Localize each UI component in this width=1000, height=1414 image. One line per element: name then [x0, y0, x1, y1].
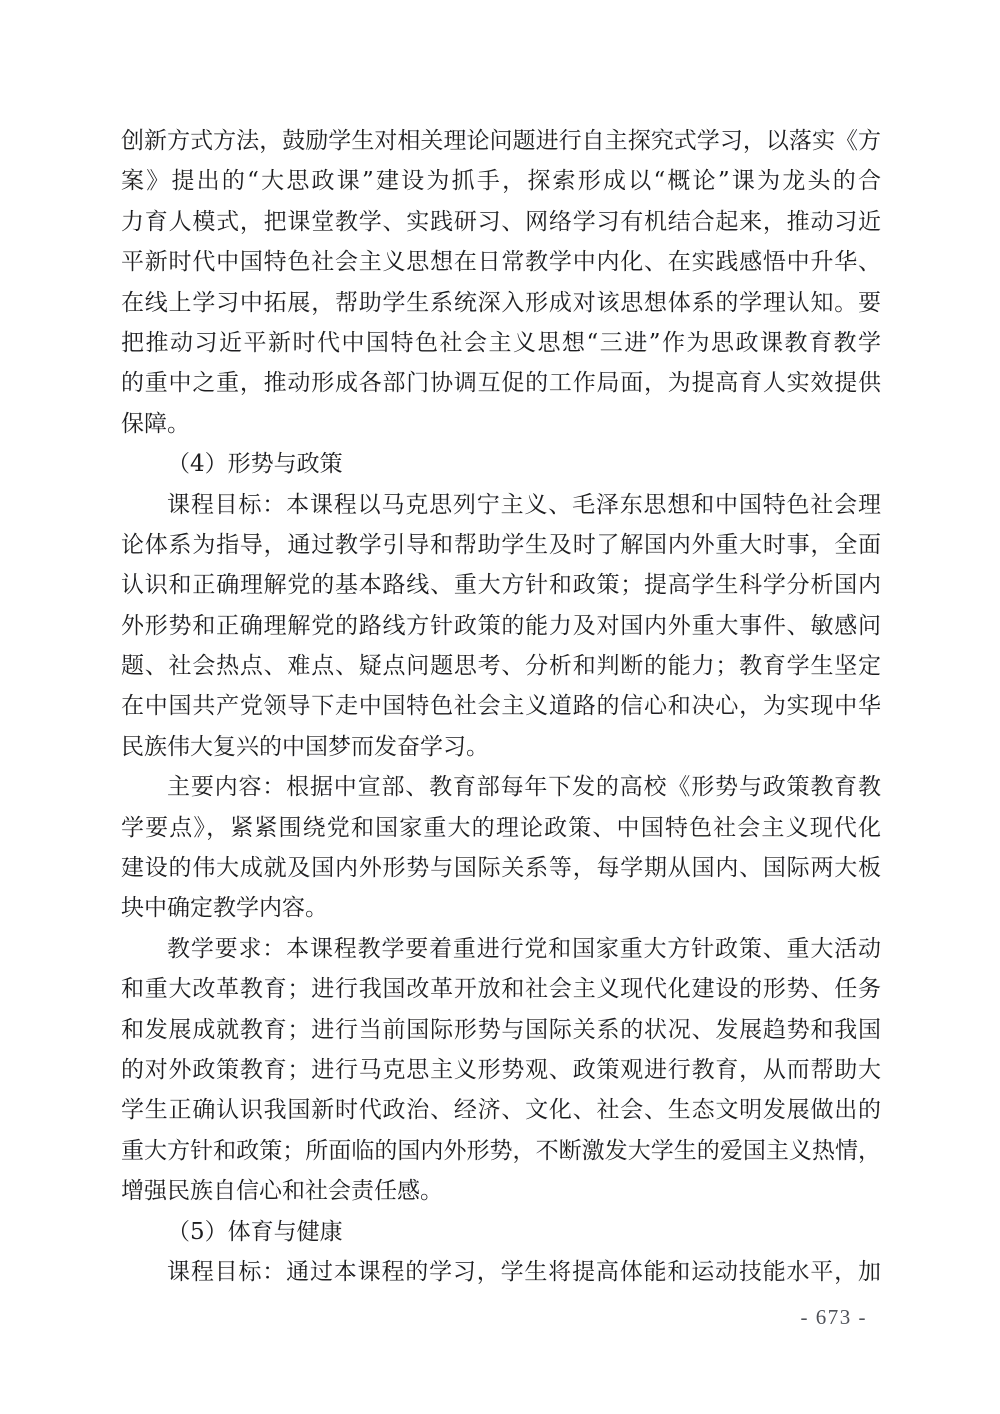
text-line: 增强民族自信心和社会责任感。: [121, 1171, 881, 1211]
paragraph: 课程目标：本课程以马克思列宁主义、毛泽东思想和中国特色社会理 论体系为指导，通过…: [121, 485, 881, 768]
paragraph: 教学要求：本课程教学要着重进行党和国家重大方针政策、重大活动 和重大改革教育；进…: [121, 929, 881, 1212]
paragraph: 主要内容：根据中宣部、教育部每年下发的高校《形势与政策教育教 学要点》，紧紧围绕…: [121, 767, 881, 929]
text-line: 学要点》，紧紧围绕党和国家重大的理论政策、中国特色社会主义现代化: [121, 808, 881, 848]
text-line: 力育人模式，把课堂教学、实践研习、网络学习有机结合起来，推动习近: [121, 202, 881, 242]
text-line: 块中确定教学内容。: [121, 888, 881, 928]
text-line: 建设的伟大成就及国内外形势与国际关系等，每学期从国内、国际两大板: [121, 848, 881, 888]
section-heading: （4）形势与政策: [121, 444, 881, 484]
text-line: 在中国共产党领导下走中国特色社会主义道路的信心和决心，为实现中华: [121, 686, 881, 726]
text-line: 论体系为指导，通过教学引导和帮助学生及时了解国内外重大时事，全面: [121, 525, 881, 565]
text-line: 平新时代中国特色社会主义思想在日常教学中内化、在实践感悟中升华、: [121, 242, 881, 282]
text-line: 和重大改革教育；进行我国改革开放和社会主义现代化建设的形势、任务: [121, 969, 881, 1009]
text-line: 教学要求：本课程教学要着重进行党和国家重大方针政策、重大活动: [121, 929, 881, 969]
paragraph-heading: （4）形势与政策: [121, 444, 881, 484]
paragraph: 课程目标：通过本课程的学习，学生将提高体能和运动技能水平，加: [121, 1252, 881, 1292]
text-line: 的对外政策教育；进行马克思主义形势观、政策观进行教育，从而帮助大: [121, 1050, 881, 1090]
text-line: 主要内容：根据中宣部、教育部每年下发的高校《形势与政策教育教: [121, 767, 881, 807]
document-page: 创新方式方法，鼓励学生对相关理论问题进行自主探究式学习，以落实《方 案》提出的“…: [0, 0, 1000, 1414]
text-line: 把推动习近平新时代中国特色社会主义思想“三进”作为思政课教育教学: [121, 323, 881, 363]
text-line: 的重中之重，推动形成各部门协调互促的工作局面，为提高育人实效提供: [121, 363, 881, 403]
text-line: 和发展成就教育；进行当前国际形势与国际关系的状况、发展趋势和我国: [121, 1010, 881, 1050]
paragraph-heading: （5）体育与健康: [121, 1212, 881, 1252]
text-line: 题、社会热点、难点、疑点问题思考、分析和判断的能力；教育学生坚定: [121, 646, 881, 686]
document-body: 创新方式方法，鼓励学生对相关理论问题进行自主探究式学习，以落实《方 案》提出的“…: [121, 121, 881, 1292]
text-line: 案》提出的“大思政课”建设为抓手，探索形成以“概论”课为龙头的合: [121, 161, 881, 201]
paragraph: 创新方式方法，鼓励学生对相关理论问题进行自主探究式学习，以落实《方 案》提出的“…: [121, 121, 881, 444]
text-line: 学生正确认识我国新时代政治、经济、文化、社会、生态文明发展做出的: [121, 1090, 881, 1130]
text-line: 创新方式方法，鼓励学生对相关理论问题进行自主探究式学习，以落实《方: [121, 121, 881, 161]
text-line: 重大方针和政策；所面临的国内外形势，不断激发大学生的爱国主义热情，: [121, 1131, 881, 1171]
section-heading: （5）体育与健康: [121, 1212, 881, 1252]
text-line: 课程目标：通过本课程的学习，学生将提高体能和运动技能水平，加: [121, 1252, 881, 1292]
text-line: 民族伟大复兴的中国梦而发奋学习。: [121, 727, 881, 767]
text-line: 在线上学习中拓展，帮助学生系统深入形成对该思想体系的学理认知。要: [121, 283, 881, 323]
text-line: 课程目标：本课程以马克思列宁主义、毛泽东思想和中国特色社会理: [121, 485, 881, 525]
text-line: 外形势和正确理解党的路线方针政策的能力及对国内外重大事件、敏感问: [121, 606, 881, 646]
page-number: - 673 -: [801, 1305, 868, 1330]
text-line: 保障。: [121, 404, 881, 444]
text-line: 认识和正确理解党的基本路线、重大方针和政策；提高学生科学分析国内: [121, 565, 881, 605]
